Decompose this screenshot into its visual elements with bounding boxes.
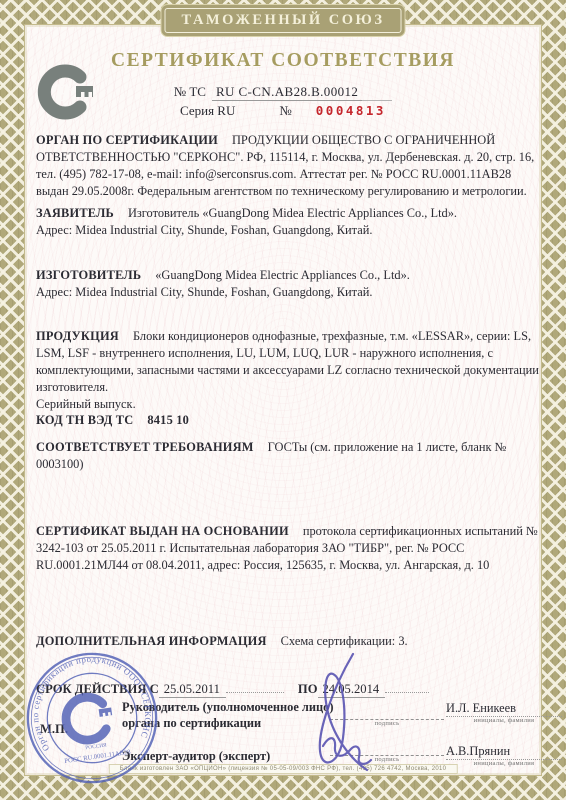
section-label: ПРОДУКЦИЯ [36,329,119,343]
rst-conformity-mark-icon: Р [36,64,96,120]
validity-from-date: 25.05.2011 [159,682,226,698]
section-manufacturer: ИЗГОТОВИТЕЛЬ«GuangDong Midea Electric Ap… [36,267,540,301]
number-sign: № [279,103,291,119]
signer-name-head: И.Л. Еникеев инициалы, фамилия [446,701,562,724]
section-applicant: ЗАЯВИТЕЛЬИзготовитель «GuangDong Midea E… [36,205,540,239]
handwritten-signature-icon [293,650,405,776]
section-products: ПРОДУКЦИЯБлоки кондиционеров однофазные,… [36,328,540,412]
svg-text:Р: Р [80,710,95,732]
number-prefix: № ТС [174,84,206,101]
section-certification-body: ОРГАН ПО СЕРТИФИКАЦИИПРОДУКЦИИ ОБЩЕСТВО … [36,132,540,199]
section-label: ЗАЯВИТЕЛЬ [36,206,114,220]
section-text: «GuangDong Midea Electric Appliances Co.… [155,268,410,282]
certificate-page: ТАМОЖЕННЫЙ СОЮЗ СЕРТИФИКАТ СООТВЕТСТВИЯ … [0,0,566,800]
certificate-number: RU C-CN.АВ28.В.00012 [212,84,362,101]
section-conforms-to: СООТВЕТСТВУЕТ ТРЕБОВАНИЯМГОСТы (см. прил… [36,439,540,473]
signer-name-expert: А.В.Прянин инициалы, фамилия [446,744,562,767]
section-label: ОРГАН ПО СЕРТИФИКАЦИИ [36,133,218,147]
section-hs-code: КОД ТН ВЭД ТС8415 10 [36,412,540,429]
section-address: Адрес: Midea Industrial City, Shunde, Fo… [36,222,540,239]
signer-name: И.Л. Еникеев [446,701,562,717]
name-caption: инициалы, фамилия [446,760,562,767]
svg-text:Р: Р [55,80,70,107]
section-address: Адрес: Midea Industrial City, Shunde, Fo… [36,284,540,301]
dotted-filler [226,680,284,693]
section-label: ДОПОЛНИТЕЛЬНАЯ ИНФОРМАЦИЯ [36,634,267,648]
customs-union-banner: ТАМОЖЕННЫЙ СОЮЗ [165,8,402,33]
signer-name: А.В.Прянин [446,744,562,760]
section-label: СООТВЕТСТВУЕТ ТРЕБОВАНИЯМ [36,440,254,454]
section-label: СЕРТИФИКАТ ВЫДАН НА ОСНОВАНИИ [36,524,289,538]
section-text: Схема сертификации: 3. [281,634,408,648]
section-text: Изготовитель «GuangDong Midea Electric A… [128,206,457,220]
section-serial-production: Серийный выпуск. [36,396,540,413]
section-issued-on-basis: СЕРТИФИКАТ ВЫДАН НА ОСНОВАНИИпротокола с… [36,523,540,573]
customs-union-label: ТАМОЖЕННЫЙ СОЮЗ [182,12,385,28]
number-underline-tail [362,84,392,101]
series-label: Серия RU [180,103,235,119]
serial-number: 0004813 [316,103,386,118]
section-label: ИЗГОТОВИТЕЛЬ [36,268,141,282]
certification-stamp-icon: Орган по сертификации продукции ООО «СЕР… [15,641,169,795]
name-caption: инициалы, фамилия [446,717,562,724]
section-label: КОД ТН ВЭД ТС [36,413,133,427]
hs-code-value: 8415 10 [147,413,189,427]
